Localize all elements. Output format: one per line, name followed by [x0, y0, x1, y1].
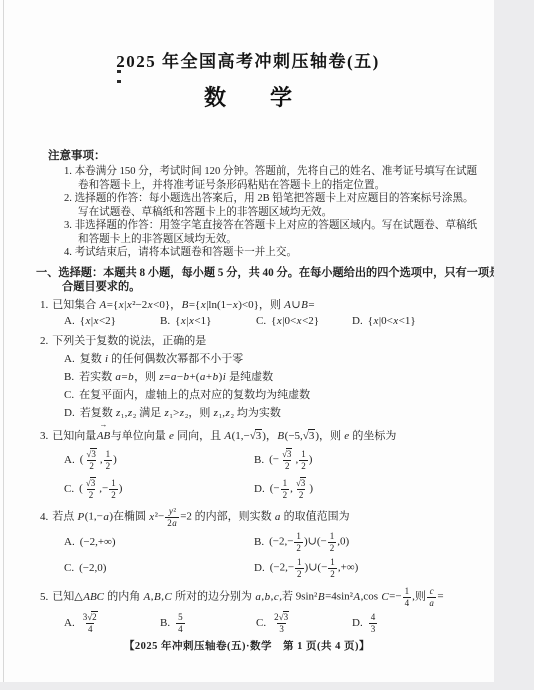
section-heading: 一、选择题：本题共 8 小题，每小题 5 分，共 40 分。在每小题给出的四个选… [36, 266, 460, 295]
option-label: B. [254, 536, 264, 548]
option-text: (−2,−12)∪(−12,+∞) [270, 557, 359, 579]
option-text: (−2,−12)∪(−12,0) [269, 531, 349, 553]
scan-speck [117, 80, 121, 83]
page-footer: 【2025 年冲刺压轴卷(五)·数学 第 1 页(共 4 页)】 [0, 638, 494, 653]
option-text: {x|0<x<1} [368, 313, 416, 329]
option-a: A.{x|x<2} [64, 313, 160, 329]
notice-line: 2. 选择题的作答：每小题选出答案后，用 2B 铅笔把答题卡上对应题目的答案标号… [64, 192, 460, 206]
question-text: 已知向量AB与单位向量 e 同向，且 A(1,−√3)，B(−5,√3)，则 e… [52, 430, 396, 442]
scan-viewport: 2025 年全国高考冲刺压轴卷(五) 数 学 注意事项： 1. 本卷满分 150… [0, 0, 534, 690]
question-number: 3. [40, 430, 48, 442]
option-d: D.(−2,−12)∪(−12,+∞) [254, 557, 444, 579]
exam-title: 2025 年全国高考冲刺压轴卷(五) [36, 0, 460, 74]
option-label: A. [64, 617, 75, 629]
option-label: C. [256, 617, 266, 629]
question: 2.下列关于复数的说法，正确的是A.复数 i 的任何偶数次幂都不小于零B.若实数… [40, 333, 460, 422]
option-c: C.{x|0<x<2} [256, 313, 352, 329]
option-text: 在复平面内，虚轴上的点对应的复数均为纯虚数 [79, 386, 310, 404]
option-text: {x|x<1} [175, 313, 211, 329]
option-label: C. [64, 386, 74, 404]
option-label: D. [254, 562, 265, 574]
option-label: C. [64, 483, 74, 495]
option-d: D.(−12,√32) [254, 478, 444, 500]
options: A.(√32,12)B.(−√32,12)C.(√32,−12)D.(−12,√… [64, 447, 460, 502]
option-label: B. [254, 454, 264, 466]
section-heading-line: 合题目要求的。 [62, 280, 460, 295]
option-text: 2√33 [271, 612, 292, 634]
option-row: A.(−2,+∞)B.(−2,−12)∪(−12,0) [64, 529, 460, 555]
option-c: C.(√32,−12) [64, 478, 254, 500]
option-text: 54 [175, 612, 186, 634]
option-label: A. [64, 313, 75, 329]
option-label: C. [64, 562, 74, 574]
option-c: C.(−2,0) [64, 562, 254, 574]
exam-subject: 数 学 [36, 83, 460, 113]
option-row: C.(−2,0)D.(−2,−12)∪(−12,+∞) [64, 555, 460, 581]
question-text: 已知集合 A={x|x²−2x<0}，B={x|ln(1−x)<0}，则 A∪B… [52, 299, 314, 311]
question-list: 1.已知集合 A={x|x²−2x<0}，B={x|ln(1−x)<0}，则 A… [36, 297, 460, 638]
option-row: A.{x|x<2}B.{x|x<1}C.{x|0<x<2}D.{x|0<x<1} [64, 313, 460, 329]
option-row: C.(√32,−12)D.(−12,√32) [64, 476, 460, 502]
option-d: D.43 [352, 612, 448, 634]
notice-line: 写在试题卷、草稿纸和答题卡上的非答题区域均无效。 [78, 206, 460, 220]
question-text: 下列关于复数的说法，正确的是 [52, 335, 206, 347]
option-c: C.在复平面内，虚轴上的点对应的复数均为纯虚数 [64, 386, 310, 404]
page-edge-shadow [3, 0, 4, 682]
option-text: 43 [368, 612, 379, 634]
option-text: {x|0<x<2} [271, 313, 319, 329]
option-b: B.(−2,−12)∪(−12,0) [254, 531, 444, 553]
option-row: C.在复平面内，虚轴上的点对应的复数均为纯虚数 [64, 386, 460, 404]
option-b: B.(−√32,12) [254, 449, 444, 471]
option-a: A.(√32,12) [64, 449, 254, 471]
options: A.3√24B.54C.2√33D.43 [64, 609, 460, 637]
option-d: D.若复数 z₁,z₂ 满足 z₁>z₂，则 z₁,z₂ 均为实数 [64, 404, 281, 422]
option-text: (√32,−12) [79, 478, 122, 500]
option-text: (√32,12) [80, 449, 117, 471]
section-heading-line: 一、选择题：本题共 8 小题，每小题 5 分，共 40 分。在每小题给出的四个选… [36, 266, 460, 281]
option-text: (−2,+∞) [80, 536, 116, 548]
option-label: D. [254, 483, 265, 495]
question: 1.已知集合 A={x|x²−2x<0}，B={x|ln(1−x)<0}，则 A… [40, 297, 460, 330]
option-text: (−√32,12) [269, 449, 312, 471]
question-text: 已知△ABC 的内角 A,B,C 所对的边分别为 a,b,c,若 9sin²B=… [52, 586, 443, 608]
option-row: A.3√24B.54C.2√33D.43 [64, 609, 460, 637]
option-row: A.复数 i 的任何偶数次幂都不小于零 [64, 350, 460, 368]
option-row: D.若复数 z₁,z₂ 满足 z₁>z₂，则 z₁,z₂ 均为实数 [64, 404, 460, 422]
question-text: 若点 P(1,−a)在椭圆 x²−y²2a=2 的内部，则实数 a 的取值范围为 [52, 506, 349, 528]
option-text: (−12,√32) [270, 478, 313, 500]
option-text: 若复数 z₁,z₂ 满足 z₁>z₂，则 z₁,z₂ 均为实数 [80, 404, 281, 422]
question-stem: 4.若点 P(1,−a)在椭圆 x²−y²2a=2 的内部，则实数 a 的取值范… [40, 505, 460, 529]
option-a: A.复数 i 的任何偶数次幂都不小于零 [64, 350, 243, 368]
option-a: A.(−2,+∞) [64, 536, 254, 548]
options: A.(−2,+∞)B.(−2,−12)∪(−12,0)C.(−2,0)D.(−2… [64, 529, 460, 581]
option-text: 若实数 a=b，则 z=a−b+(a+b)i 是纯虚数 [79, 368, 273, 386]
notice-line: 卷和答题卡上，并将准考证号条形码粘贴在答题卡上的指定位置。 [78, 179, 460, 193]
question-number: 1. [40, 299, 48, 311]
option-b: B.{x|x<1} [160, 313, 256, 329]
notice-line: 1. 本卷满分 150 分，考试时间 120 分钟。答题前，先将自己的姓名、准考… [64, 165, 460, 179]
question-stem: 5.已知△ABC 的内角 A,B,C 所对的边分别为 a,b,c,若 9sin²… [40, 585, 460, 609]
question: 3.已知向量AB与单位向量 e 同向，且 A(1,−√3)，B(−5,√3)，则… [40, 424, 460, 503]
options: A.{x|x<2}B.{x|x<1}C.{x|0<x<2}D.{x|0<x<1} [64, 313, 460, 329]
option-c: C.2√33 [256, 612, 352, 634]
notice-heading: 注意事项： [48, 149, 460, 163]
option-label: D. [352, 313, 363, 329]
option-label: B. [64, 368, 74, 386]
question-number: 5. [40, 591, 48, 603]
notice-list: 1. 本卷满分 150 分，考试时间 120 分钟。答题前，先将自己的姓名、准考… [36, 165, 460, 260]
question-number: 4. [40, 511, 48, 523]
option-row: B.若实数 a=b，则 z=a−b+(a+b)i 是纯虚数 [64, 368, 460, 386]
option-text: 复数 i 的任何偶数次幂都不小于零 [80, 350, 244, 368]
question: 5.已知△ABC 的内角 A,B,C 所对的边分别为 a,b,c,若 9sin²… [40, 585, 460, 637]
notice-line: 和答题卡上的非答题区域均无效。 [78, 233, 460, 247]
question-stem: 2.下列关于复数的说法，正确的是 [40, 333, 460, 350]
option-text: {x|x<2} [80, 313, 116, 329]
option-d: D.{x|0<x<1} [352, 313, 448, 329]
question-stem: 1.已知集合 A={x|x²−2x<0}，B={x|ln(1−x)<0}，则 A… [40, 297, 460, 314]
option-text: (−2,0) [79, 562, 106, 574]
options: A.复数 i 的任何偶数次幂都不小于零B.若实数 a=b，则 z=a−b+(a+… [64, 350, 460, 422]
option-b: B.若实数 a=b，则 z=a−b+(a+b)i 是纯虚数 [64, 368, 273, 386]
option-label: D. [352, 617, 363, 629]
option-text: 3√24 [80, 612, 101, 634]
option-label: C. [256, 313, 266, 329]
question: 4.若点 P(1,−a)在椭圆 x²−y²2a=2 的内部，则实数 a 的取值范… [40, 505, 460, 581]
notice-line: 3. 非选择题的作答：用签字笔直接答在答题卡上对应的答题区域内。写在试题卷、草稿… [64, 219, 460, 233]
question-number: 2. [40, 335, 48, 347]
option-label: A. [64, 454, 75, 466]
exam-page: 2025 年全国高考冲刺压轴卷(五) 数 学 注意事项： 1. 本卷满分 150… [0, 0, 494, 682]
option-label: A. [64, 350, 75, 368]
scan-speck [117, 70, 121, 73]
option-label: B. [160, 617, 170, 629]
option-label: B. [160, 313, 170, 329]
option-label: D. [64, 404, 75, 422]
notice-line: 4. 考试结束后，请将本试题卷和答题卡一并上交。 [64, 246, 460, 260]
question-stem: 3.已知向量AB与单位向量 e 同向，且 A(1,−√3)，B(−5,√3)，则… [40, 424, 460, 445]
option-label: A. [64, 536, 75, 548]
option-b: B.54 [160, 612, 256, 634]
option-a: A.3√24 [64, 612, 160, 634]
option-row: A.(√32,12)B.(−√32,12) [64, 447, 460, 473]
